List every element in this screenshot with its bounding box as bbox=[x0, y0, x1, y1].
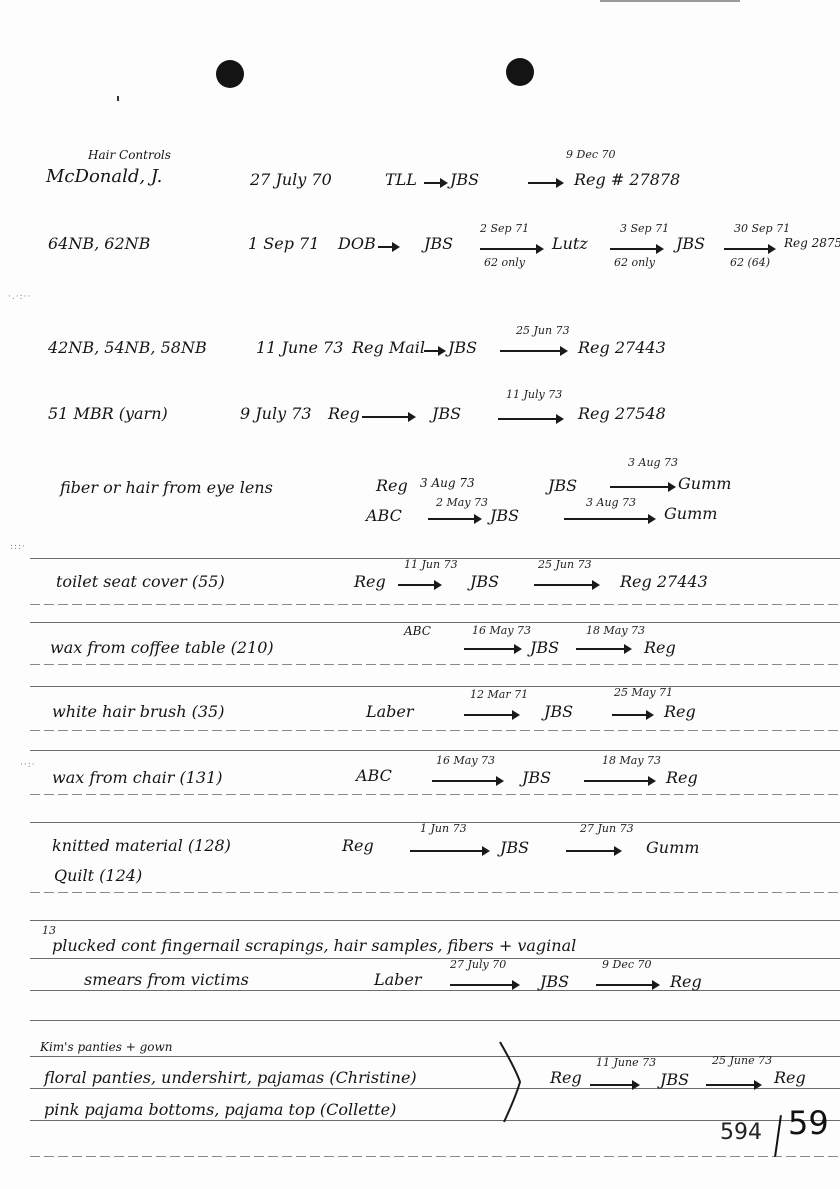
ruled-line bbox=[30, 622, 840, 623]
arrow-icon bbox=[410, 850, 488, 852]
entry-from: ABC bbox=[356, 766, 392, 785]
chain-recipient: Reg 27443 bbox=[620, 572, 708, 591]
arrow-icon bbox=[528, 182, 562, 184]
arrow-icon bbox=[612, 714, 652, 716]
chain-recipient: Reg bbox=[644, 638, 676, 657]
chain-date: 18 May 73 bbox=[586, 624, 645, 637]
arrow-icon bbox=[450, 984, 518, 986]
punch-hole-right bbox=[506, 58, 534, 86]
entry-from: Laber bbox=[374, 970, 422, 989]
chain-date: 25 June 73 bbox=[712, 1054, 772, 1067]
arrow-icon bbox=[428, 518, 480, 520]
chain-recipient: Gumm bbox=[664, 504, 717, 523]
chain-date: 2 Sep 71 bbox=[480, 222, 529, 235]
arrow-icon bbox=[398, 584, 440, 586]
entry-label: wax from coffee table (210) bbox=[50, 638, 274, 657]
arrow-icon bbox=[534, 584, 598, 586]
chain-date: 3 Aug 73 bbox=[586, 496, 636, 509]
grouping-brace-icon bbox=[498, 1040, 524, 1124]
chain-recipient: JBS bbox=[500, 838, 529, 857]
chain-recipient: Reg bbox=[670, 972, 702, 991]
chain-recipient: JBS bbox=[490, 506, 519, 525]
chain-date: 9 Dec 70 bbox=[602, 958, 651, 971]
chain-date: 3 Aug 73 bbox=[420, 476, 475, 490]
chain-recipient: Reg 27443 bbox=[578, 338, 666, 357]
arrow-icon bbox=[464, 648, 520, 650]
chain-recipient: JBS bbox=[450, 170, 479, 189]
chain-recipient: Gumm bbox=[678, 474, 731, 493]
chain-date: 11 June 73 bbox=[596, 1056, 656, 1069]
arrow-icon bbox=[362, 416, 414, 418]
ruled-line bbox=[30, 730, 840, 731]
chain-date: 25 May 71 bbox=[614, 686, 673, 699]
chain-date: 12 Mar 71 bbox=[470, 688, 528, 701]
chain-recipient: JBS bbox=[448, 338, 477, 357]
chain-recipient: JBS bbox=[432, 404, 461, 423]
chain-recipient: JBS bbox=[544, 702, 573, 721]
entry-from: Reg bbox=[550, 1068, 582, 1087]
arrow-icon bbox=[424, 182, 446, 184]
entry-from: Reg bbox=[328, 404, 360, 423]
entry-from: ABC bbox=[404, 624, 431, 638]
scan-edge-mark bbox=[600, 0, 740, 2]
arrow-icon bbox=[584, 780, 654, 782]
entry-from: Reg bbox=[342, 836, 374, 855]
page-number: 594 bbox=[720, 1120, 762, 1145]
chain-date: 9 Dec 70 bbox=[566, 148, 615, 161]
ruled-line bbox=[30, 794, 840, 795]
chain-date: 16 May 73 bbox=[436, 754, 495, 767]
entry-label: 64NB, 62NB bbox=[48, 234, 150, 253]
arrow-icon bbox=[706, 1084, 760, 1086]
document-page: Hair Controls McDonald, J. 27 July 70 TL… bbox=[0, 0, 840, 1189]
arrow-icon bbox=[610, 486, 674, 488]
entry-label-line2: Quilt (124) bbox=[54, 866, 142, 885]
arrow-icon bbox=[500, 350, 566, 352]
ruled-line bbox=[30, 750, 840, 751]
chain-note: 62 only bbox=[484, 256, 525, 269]
chain-recipient: Reg bbox=[666, 768, 698, 787]
chain-date: 3 Aug 73 bbox=[628, 456, 678, 469]
entry-label-line2: floral panties, undershirt, pajamas (Chr… bbox=[44, 1068, 417, 1087]
entry-from: Reg bbox=[354, 572, 386, 591]
chain-recipient: JBS bbox=[676, 234, 705, 253]
chain-recipient: JBS bbox=[548, 476, 577, 495]
scan-noise: :::· bbox=[10, 542, 26, 552]
scan-speck bbox=[117, 96, 119, 101]
entry-from: Laber bbox=[366, 702, 414, 721]
entry-label-line3: pink pajama bottoms, pajama top (Collett… bbox=[44, 1100, 396, 1119]
chain-recipient: Reg 2875 bbox=[784, 236, 840, 250]
entry-date: 1 Sep 71 bbox=[248, 234, 319, 253]
arrow-icon bbox=[566, 850, 620, 852]
arrow-icon bbox=[576, 648, 630, 650]
chain-recipient: JBS bbox=[522, 768, 551, 787]
entry-from: ABC bbox=[366, 506, 402, 525]
entry-label: plucked cont fingernail scrapings, hair … bbox=[52, 936, 576, 955]
entry-label: 51 MBR (yarn) bbox=[48, 404, 168, 423]
chain-date: 27 Jun 73 bbox=[580, 822, 634, 835]
ruled-line bbox=[30, 1120, 840, 1121]
chain-date: 18 May 73 bbox=[602, 754, 661, 767]
chain-date: 11 Jun 73 bbox=[404, 558, 458, 571]
chain-recipient: Lutz bbox=[552, 234, 588, 253]
chain-date: 25 Jun 73 bbox=[516, 324, 570, 337]
punch-hole-left bbox=[216, 60, 244, 88]
entry-label: McDonald, J. bbox=[46, 166, 162, 187]
chain-date: 16 May 73 bbox=[472, 624, 531, 637]
entry-label: knitted material (128) bbox=[52, 836, 231, 855]
entry-label-note: Hair Controls bbox=[88, 148, 171, 162]
arrow-icon bbox=[378, 246, 398, 248]
arrow-icon bbox=[432, 780, 502, 782]
chain-recipient: JBS bbox=[470, 572, 499, 591]
arrow-icon bbox=[724, 248, 774, 250]
chain-date: 27 July 70 bbox=[450, 958, 506, 971]
ruled-line bbox=[30, 1156, 840, 1157]
chain-date: 3 Sep 71 bbox=[620, 222, 669, 235]
entry-date: 9 July 73 bbox=[240, 404, 312, 423]
arrow-icon bbox=[424, 350, 444, 352]
chain-date: 1 Jun 73 bbox=[420, 822, 467, 835]
entry-from: TLL bbox=[385, 170, 417, 189]
arrow-icon bbox=[564, 518, 654, 520]
chain-recipient: JBS bbox=[424, 234, 453, 253]
chain-date: 25 Jun 73 bbox=[538, 558, 592, 571]
page-number-handwritten: 59 bbox=[788, 1104, 829, 1142]
chain-note: 62 only bbox=[614, 256, 655, 269]
chain-recipient: JBS bbox=[530, 638, 559, 657]
entry-from: Reg bbox=[376, 476, 408, 495]
ruled-line bbox=[30, 604, 840, 605]
entry-label: fiber or hair from eye lens bbox=[60, 478, 273, 497]
chain-note: 62 (64) bbox=[730, 256, 770, 269]
entry-label: wax from chair (131) bbox=[52, 768, 222, 787]
chain-date: 2 May 73 bbox=[436, 496, 488, 509]
arrow-icon bbox=[610, 248, 662, 250]
ruled-line bbox=[30, 664, 840, 665]
entry-label-line2: smears from victims bbox=[84, 970, 249, 989]
ruled-line bbox=[30, 686, 840, 687]
arrow-icon bbox=[596, 984, 658, 986]
entry-label: white hair brush (35) bbox=[52, 702, 224, 721]
ruled-line bbox=[30, 958, 840, 959]
arrow-icon bbox=[480, 248, 542, 250]
page-number-divider bbox=[774, 1115, 782, 1157]
arrow-icon bbox=[464, 714, 518, 716]
chain-date: 11 July 73 bbox=[506, 388, 562, 401]
chain-recipient: Reg # 27878 bbox=[574, 170, 680, 189]
ruled-line bbox=[30, 920, 840, 921]
entry-from: Reg Mail bbox=[352, 338, 425, 357]
ruled-line bbox=[30, 990, 840, 991]
arrow-icon bbox=[498, 418, 562, 420]
chain-recipient: Reg bbox=[664, 702, 696, 721]
entry-label: Kim's panties + gown bbox=[40, 1040, 173, 1054]
chain-recipient: JBS bbox=[540, 972, 569, 991]
ruled-line bbox=[30, 1088, 840, 1089]
entry-label: toilet seat cover (55) bbox=[56, 572, 225, 591]
entry-date: 11 June 73 bbox=[256, 338, 343, 357]
entry-from: DOB bbox=[338, 234, 376, 253]
scan-noise: ··:· bbox=[20, 760, 36, 770]
ruled-line bbox=[30, 892, 840, 893]
chain-recipient: Gumm bbox=[646, 838, 699, 857]
scan-noise: ·.·:·· bbox=[8, 292, 31, 302]
chain-recipient: Reg bbox=[774, 1068, 806, 1087]
chain-recipient: Reg 27548 bbox=[578, 404, 666, 423]
arrow-icon bbox=[590, 1084, 638, 1086]
chain-date: 30 Sep 71 bbox=[734, 222, 790, 235]
chain-recipient: JBS bbox=[660, 1070, 689, 1089]
entry-date: 27 July 70 bbox=[250, 170, 332, 189]
ruled-line bbox=[30, 1020, 840, 1021]
entry-label: 42NB, 54NB, 58NB bbox=[48, 338, 207, 357]
